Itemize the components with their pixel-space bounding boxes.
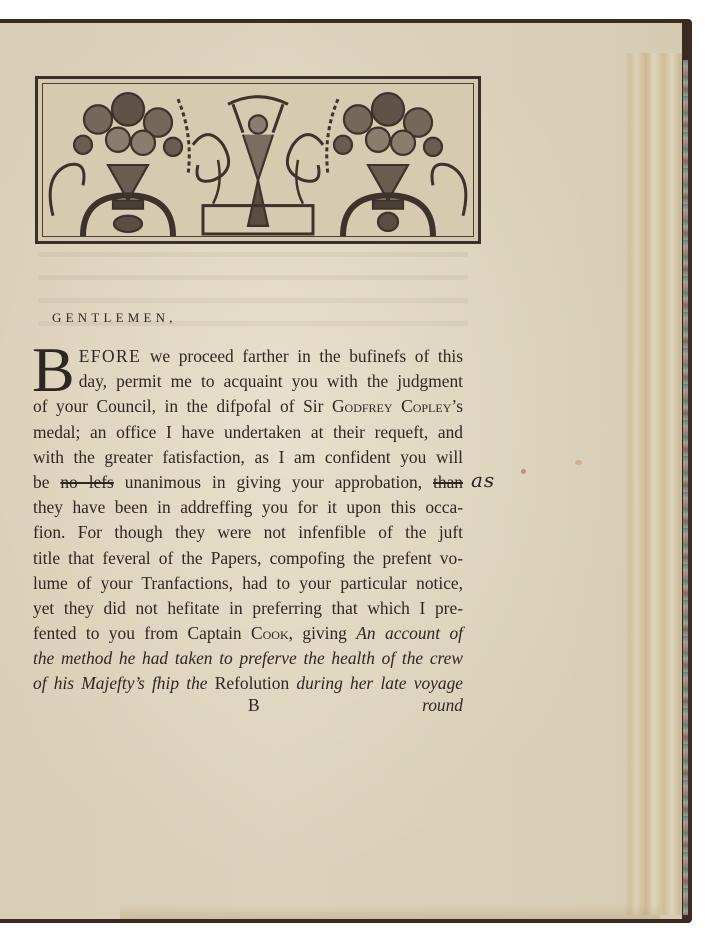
- text-run: medal; an office I have undertaken at th…: [33, 422, 463, 442]
- struck-word: than: [433, 472, 463, 492]
- text-line: be no lefs unanimous in giving your appr…: [33, 470, 463, 495]
- woodcut-ornament-icon: [43, 84, 473, 236]
- text-line: of his Majefty’s fhip the Refolution dur…: [33, 671, 463, 696]
- marbled-page-edge: [683, 60, 688, 915]
- foxing-spot: [575, 460, 582, 465]
- text-run: title that feveral of the Papers, compof…: [33, 548, 463, 568]
- text-run: Refolution: [215, 673, 289, 693]
- text-line: fented to you from Captain Cook, giving …: [33, 621, 463, 646]
- text-line: fion. For though they were not infenfibl…: [33, 520, 463, 545]
- foxing-spot: [521, 469, 526, 474]
- text-run: fion. For though they were not infenfibl…: [33, 522, 463, 542]
- text-run: of your Council, in the difpofal of Sir: [33, 396, 332, 416]
- text-line: title that feveral of the Papers, compof…: [33, 546, 463, 571]
- text-line: they have been in addreffing you for it …: [33, 495, 463, 520]
- text-run: unanimous in giving your approbation,: [114, 472, 433, 492]
- body-text: Gentlemen, B EFORE we proceed farther in…: [33, 310, 463, 697]
- text-run: Cook: [251, 623, 289, 643]
- text-line: with the greater fatisfaction, as I am c…: [33, 445, 463, 470]
- text-run: of his Majefty’s fhip the: [33, 673, 215, 693]
- catchword: round: [422, 695, 463, 716]
- text-line: of your Council, in the difpofal of Sir …: [33, 394, 463, 419]
- drop-cap: B: [32, 346, 75, 394]
- struck-word: no lefs: [60, 472, 113, 492]
- text-run: EFORE: [79, 346, 142, 366]
- text-run: fented to you from Captain: [33, 623, 251, 643]
- text-run: they have been in addreffing you for it …: [33, 497, 463, 517]
- text-run: be: [33, 472, 60, 492]
- text-run: we proceed farther in the bufinefs of th…: [141, 346, 463, 366]
- text-line: the method he had taken to preferve the …: [33, 646, 463, 671]
- text-run: An account of: [356, 623, 463, 643]
- text-line: EFORE we proceed farther in the bufinefs…: [33, 344, 463, 369]
- handwritten-correction: as: [471, 468, 495, 492]
- text-run: , giving: [289, 623, 357, 643]
- text-line: yet they did not hefitate in preferring …: [33, 596, 463, 621]
- text-line: medal; an office I have undertaken at th…: [33, 420, 463, 445]
- text-run: ’s: [451, 396, 463, 416]
- water-stain: [120, 905, 660, 919]
- text-run: with the greater fatisfaction, as I am c…: [33, 447, 463, 467]
- text-line: day, permit me to acquaint you with the …: [33, 369, 463, 394]
- text-run: yet they did not hefitate in preferring …: [33, 598, 463, 618]
- text-run: Godfrey Copley: [332, 396, 451, 416]
- text-run: the method he had taken to preferve the …: [33, 648, 463, 668]
- text-run: during her late voyage: [289, 673, 463, 693]
- ornamental-headpiece: [35, 76, 481, 244]
- paragraph: B EFORE we proceed farther in the bufine…: [33, 344, 463, 697]
- text-line: lume of your Tranfactions, had to your p…: [33, 571, 463, 596]
- page-footer: B round: [33, 695, 463, 719]
- text-run: day, permit me to acquaint you with the …: [79, 371, 463, 391]
- page-fore-edge: [624, 53, 682, 915]
- signature-mark: B: [248, 695, 260, 716]
- text-run: lume of your Tranfactions, had to your p…: [33, 573, 463, 593]
- salutation: Gentlemen,: [52, 310, 463, 326]
